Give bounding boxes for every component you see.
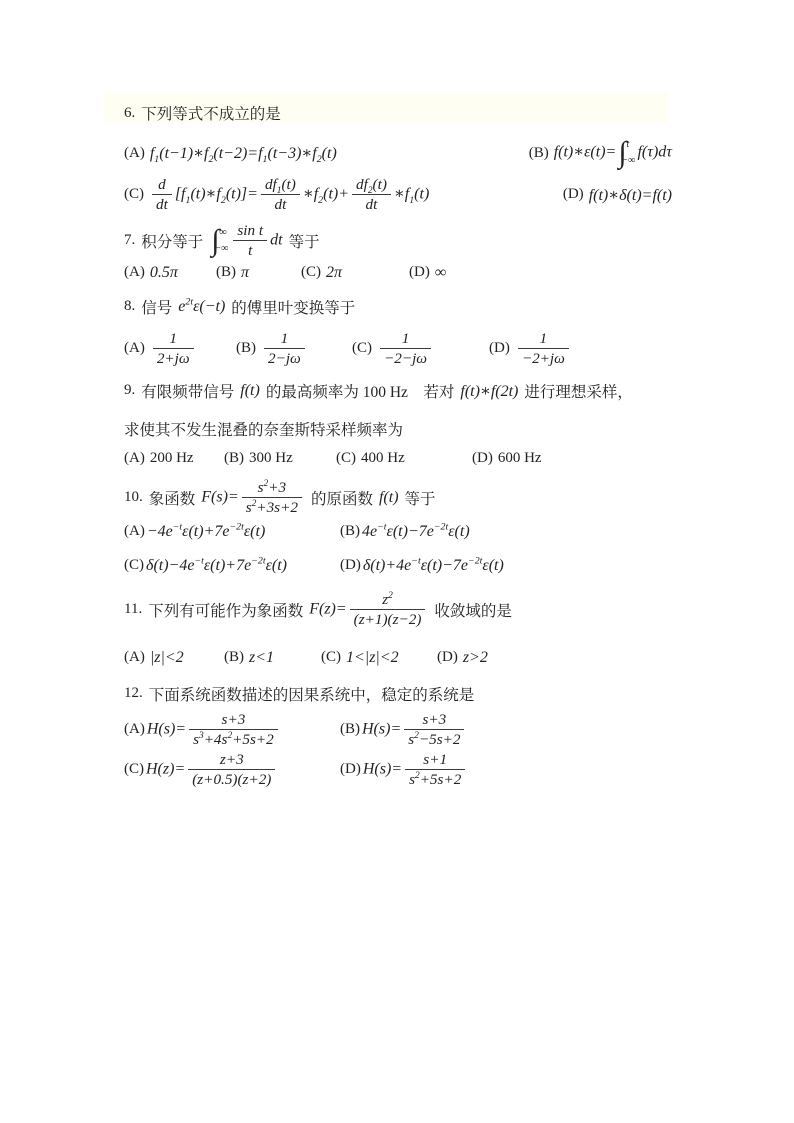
- stem-math: e2tε(−t): [178, 298, 225, 316]
- option-math: ∞: [435, 264, 446, 282]
- question-7-options: (A) 0.5π (B) π (C) 2π (D) ∞: [124, 264, 672, 282]
- question-9-stem: 9. 有限频带信号 f(t) 的最高频率为 100 Hz 若对 f(t)∗f(2…: [124, 380, 672, 402]
- option-math: |z|<2: [150, 649, 184, 667]
- option-label: (D): [563, 186, 584, 203]
- option-label: (C): [301, 264, 321, 281]
- option-math: 12−jω: [261, 330, 308, 368]
- option-9-a: (A) 200 Hz: [124, 450, 224, 467]
- option-math: ddt[f1(t)∗f2(t)]=df1(t)dt∗f2(t)+df2(t)dt…: [149, 176, 429, 214]
- question-12-options-cd: (C) H(z)=z+3(z+0.5)(z+2) (D) H(s)=s+1s2+…: [124, 751, 672, 789]
- option-7-d: (D) ∞: [409, 264, 446, 282]
- option-text: 600 Hz: [498, 450, 542, 467]
- question-8: 8. 信号 e2tε(−t) 的傅里叶变换等于 (A) 12+jω (B) 12…: [124, 296, 672, 368]
- question-text: 下列有可能作为象函数: [148, 599, 303, 621]
- option-math: f(t)∗δ(t)=f(t): [589, 185, 672, 205]
- option-9-c: (C) 400 Hz: [336, 450, 472, 467]
- stem-math: ∫∞−∞sin ttdt: [209, 222, 282, 260]
- question-text: 象函数: [149, 487, 196, 509]
- option-label: (B): [340, 523, 360, 540]
- option-math: H(s)=s+3s2−5s+2: [362, 711, 467, 749]
- option-label: (C): [321, 649, 341, 666]
- question-text: 下面系统函数描述的因果系统中，稳定的系统是: [149, 683, 475, 705]
- stem-math: f(t): [379, 489, 399, 507]
- option-label: (C): [124, 761, 144, 778]
- option-6-d: (D) f(t)∗δ(t)=f(t): [563, 185, 672, 205]
- option-math: H(z)=z+3(z+0.5)(z+2): [146, 751, 278, 789]
- question-text: 收敛域的是: [434, 599, 512, 621]
- question-6-options-ab: (A) f1(t−1)∗f2(t−2)=f1(t−3)∗f2(t) (B) f(…: [124, 138, 672, 168]
- option-8-b: (B) 12−jω: [236, 330, 352, 368]
- option-6-b: (B) f(t)∗ε(t)=∫t−∞f(τ)dτ: [529, 138, 672, 168]
- question-7: 7. 积分等于 ∫∞−∞sin ttdt 等于 (A) 0.5π (B) π (…: [124, 222, 672, 282]
- question-11-options: (A) |z|<2 (B) z<1 (C) 1<|z|<2 (D) z>2: [124, 649, 672, 667]
- question-10-stem: 10. 象函数 F(s)=s2+3s2+3s+2 的原函数 f(t) 等于: [124, 479, 672, 517]
- option-math: z>2: [463, 649, 488, 667]
- option-label: (B): [340, 721, 360, 738]
- question-number: 9.: [124, 382, 135, 399]
- question-6-stem: 6. 下列等式不成立的是: [124, 102, 672, 124]
- option-10-c: (C) δ(t)−4e−tε(t)+7e−2tε(t): [124, 557, 340, 575]
- question-6-options-cd: (C) ddt[f1(t)∗f2(t)]=df1(t)dt∗f2(t)+df2(…: [124, 176, 672, 214]
- question-text: 的原函数: [311, 487, 373, 509]
- question-11-stem: 11. 下列有可能作为象函数 F(z)=z2(z+1)(z−2) 收敛域的是: [124, 591, 672, 629]
- option-label: (C): [336, 450, 356, 467]
- question-number: 7.: [124, 232, 135, 249]
- option-label: (B): [224, 450, 244, 467]
- question-11: 11. 下列有可能作为象函数 F(z)=z2(z+1)(z−2) 收敛域的是 (…: [124, 591, 672, 667]
- stem-math: F(s)=s2+3s2+3s+2: [201, 479, 305, 517]
- option-math: 4e−tε(t)−7e−2tε(t): [362, 523, 470, 541]
- question-9-stem-line2: 求使其不发生混叠的奈奎斯特采样频率为: [124, 418, 672, 440]
- option-label: (A): [124, 340, 145, 357]
- question-8-options: (A) 12+jω (B) 12−jω (C) 1−2−jω (D) 1−2+j…: [124, 330, 672, 368]
- option-8-c: (C) 1−2−jω: [352, 330, 489, 368]
- option-math: f(t)∗ε(t)=∫t−∞f(τ)dτ: [554, 138, 672, 168]
- option-9-d: (D) 600 Hz: [472, 450, 542, 467]
- option-10-a: (A) −4e−tε(t)+7e−2tε(t): [124, 523, 340, 541]
- option-label: (B): [529, 145, 549, 162]
- option-12-b: (B) H(s)=s+3s2−5s+2: [340, 711, 467, 749]
- option-label: (A): [124, 145, 145, 162]
- stem-math: F(z)=z2(z+1)(z−2): [309, 591, 428, 629]
- option-label: (A): [124, 649, 145, 666]
- question-number: 10.: [124, 489, 143, 506]
- question-number: 11.: [124, 601, 142, 618]
- option-math: H(s)=s+3s3+4s2+5s+2: [147, 711, 281, 749]
- question-10-options-cd: (C) δ(t)−4e−tε(t)+7e−2tε(t) (D) δ(t)+4e−…: [124, 557, 672, 575]
- option-12-c: (C) H(z)=z+3(z+0.5)(z+2): [124, 751, 340, 789]
- option-11-c: (C) 1<|z|<2: [321, 649, 437, 667]
- question-text: 的最高频率为 100 Hz 若对: [266, 380, 455, 402]
- option-10-b: (B) 4e−tε(t)−7e−2tε(t): [340, 523, 470, 541]
- option-10-d: (D) δ(t)+4e−tε(t)−7e−2tε(t): [340, 557, 504, 575]
- option-math: 1−2+jω: [515, 330, 572, 368]
- option-6-c: (C) ddt[f1(t)∗f2(t)]=df1(t)dt∗f2(t)+df2(…: [124, 176, 429, 214]
- question-7-stem: 7. 积分等于 ∫∞−∞sin ttdt 等于: [124, 222, 672, 260]
- option-8-d: (D) 1−2+jω: [489, 330, 572, 368]
- option-math: z<1: [249, 649, 274, 667]
- option-label: (D): [340, 557, 361, 574]
- question-text: 下列等式不成立的是: [141, 102, 281, 124]
- option-math: 1−2−jω: [377, 330, 434, 368]
- question-text: 积分等于: [141, 230, 203, 252]
- option-label: (D): [489, 340, 510, 357]
- exam-content: 6. 下列等式不成立的是 (A) f1(t−1)∗f2(t−2)=f1(t−3)…: [124, 96, 672, 789]
- option-text: 200 Hz: [150, 450, 194, 467]
- question-9: 9. 有限频带信号 f(t) 的最高频率为 100 Hz 若对 f(t)∗f(2…: [124, 380, 672, 467]
- option-math: f1(t−1)∗f2(t−2)=f1(t−3)∗f2(t): [150, 143, 337, 163]
- question-12: 12. 下面系统函数描述的因果系统中，稳定的系统是 (A) H(s)=s+3s3…: [124, 683, 672, 789]
- question-12-stem: 12. 下面系统函数描述的因果系统中，稳定的系统是: [124, 683, 672, 705]
- option-label: (C): [124, 557, 144, 574]
- option-math: H(s)=s+1s2+5s+2: [363, 751, 468, 789]
- option-label: (C): [124, 186, 144, 203]
- question-text: 等于: [289, 230, 320, 252]
- option-11-b: (B) z<1: [224, 649, 321, 667]
- option-text: 300 Hz: [249, 450, 293, 467]
- exam-page: { "page": { "background_color": "#ffffff…: [0, 0, 794, 1123]
- option-label: (D): [340, 761, 361, 778]
- option-label: (B): [236, 340, 256, 357]
- option-math: 2π: [326, 264, 342, 282]
- option-label: (A): [124, 264, 145, 281]
- option-math: δ(t)−4e−tε(t)+7e−2tε(t): [146, 557, 287, 575]
- option-math: 12+jω: [150, 330, 197, 368]
- question-12-options-ab: (A) H(s)=s+3s3+4s2+5s+2 (B) H(s)=s+3s2−5…: [124, 711, 672, 749]
- question-text: 求使其不发生混叠的奈奎斯特采样频率为: [124, 418, 403, 440]
- option-math: 0.5π: [150, 264, 178, 282]
- question-number: 6.: [124, 105, 135, 122]
- option-label: (D): [472, 450, 493, 467]
- option-7-c: (C) 2π: [301, 264, 409, 282]
- option-label: (D): [409, 264, 430, 281]
- question-6: 6. 下列等式不成立的是 (A) f1(t−1)∗f2(t−2)=f1(t−3)…: [124, 102, 672, 214]
- option-11-a: (A) |z|<2: [124, 649, 224, 667]
- option-label: (A): [124, 450, 145, 467]
- option-8-a: (A) 12+jω: [124, 330, 236, 368]
- option-label: (B): [224, 649, 244, 666]
- question-text: 的傅里叶变换等于: [231, 296, 355, 318]
- question-number: 12.: [124, 685, 143, 702]
- option-9-b: (B) 300 Hz: [224, 450, 336, 467]
- option-7-b: (B) π: [216, 264, 301, 282]
- question-text: 进行理想采样，: [524, 380, 633, 402]
- question-8-stem: 8. 信号 e2tε(−t) 的傅里叶变换等于: [124, 296, 672, 318]
- option-7-a: (A) 0.5π: [124, 264, 216, 282]
- option-11-d: (D) z>2: [437, 649, 488, 667]
- option-math: π: [241, 264, 249, 282]
- question-10: 10. 象函数 F(s)=s2+3s2+3s+2 的原函数 f(t) 等于 (A…: [124, 479, 672, 575]
- option-label: (C): [352, 340, 372, 357]
- option-label: (D): [437, 649, 458, 666]
- option-label: (A): [124, 721, 145, 738]
- question-number: 8.: [124, 298, 135, 315]
- option-math: δ(t)+4e−tε(t)−7e−2tε(t): [363, 557, 504, 575]
- option-text: 400 Hz: [361, 450, 405, 467]
- option-6-a: (A) f1(t−1)∗f2(t−2)=f1(t−3)∗f2(t): [124, 143, 337, 163]
- question-9-options: (A) 200 Hz (B) 300 Hz (C) 400 Hz (D) 600…: [124, 450, 672, 467]
- stem-math: f(t): [240, 382, 260, 400]
- option-label: (A): [124, 523, 145, 540]
- option-12-d: (D) H(s)=s+1s2+5s+2: [340, 751, 468, 789]
- stem-math: f(t)∗f(2t): [460, 381, 518, 401]
- option-12-a: (A) H(s)=s+3s3+4s2+5s+2: [124, 711, 340, 749]
- question-text: 信号: [141, 296, 172, 318]
- option-label: (B): [216, 264, 236, 281]
- question-10-options-ab: (A) −4e−tε(t)+7e−2tε(t) (B) 4e−tε(t)−7e−…: [124, 523, 672, 541]
- question-text: 等于: [405, 487, 436, 509]
- option-math: 1<|z|<2: [346, 649, 399, 667]
- option-math: −4e−tε(t)+7e−2tε(t): [147, 523, 265, 541]
- question-text: 有限频带信号: [141, 380, 234, 402]
